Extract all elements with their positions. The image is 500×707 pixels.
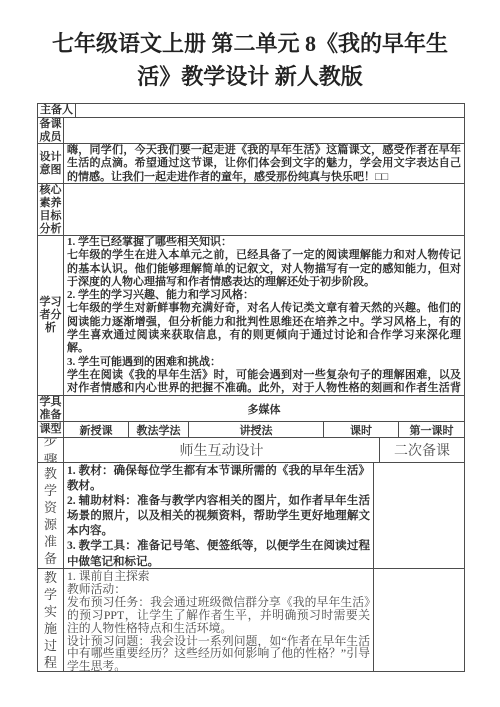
resources-item: 1. 教材：确保每位学生都有本节课所需的《我的早年生活》教材。: [67, 464, 370, 494]
steps-label: 步骤: [38, 438, 64, 463]
process-paragraph: 教师活动：: [67, 583, 370, 596]
table-row-design-intent: 设计意图 嗨，同学们，今天我们要一起走进《我的早年生活》这篇课文，感受作者在早年…: [38, 144, 465, 184]
core-literacy-label: 核心素养目标分析: [38, 184, 64, 236]
interaction-design-label: 师生互动设计: [64, 438, 380, 463]
table-row-tools-prep: 学具准备 多媒体: [38, 396, 465, 422]
table-row-course-info: 课型 新授课 教法学法 讲授法 课时 第一课时: [38, 422, 465, 438]
process-paragraph: 设计预习问题：我会设计一系列问题，如“作者在早年生活中有哪些重要经历？这些经历如…: [67, 635, 370, 672]
process-label: 教学实施过程: [38, 569, 64, 672]
table-row-resources: 教学资源准备 1. 教材：确保每位学生都有本节课所需的《我的早年生活》教材。 2…: [38, 463, 465, 569]
process-paragraph: 发布预习任务：我会通过班级微信群分享《我的早年生活》的预习PPT，让学生了解作者…: [67, 596, 370, 635]
lesson-plan-table: 主备人 备课成员 设计意图 嗨，同学们，今天我们要一起走进《我的早年生活》这篇课…: [37, 103, 465, 672]
resources-item: 3. 教学工具：准备记号笔、便签纸等，以便学生在阅读过程中做笔记和标记。: [67, 539, 370, 569]
table-row-learner-analysis: 学习者分析 1. 学生已经掌握了哪些相关知识： 七年级的学生在进入本单元之前，已…: [38, 236, 465, 396]
resources-label-text: 教学资源准备: [44, 465, 58, 567]
learner-analysis-paragraph: 1. 学生已经掌握了哪些相关知识：: [67, 236, 461, 249]
process-paragraph: 1. 课前自主探索: [67, 570, 370, 583]
resources-second-prep-cell: [374, 463, 465, 569]
process-text: 1. 课前自主探索 教师活动： 发布预习任务：我会通过班级微信群分享《我的早年生…: [64, 569, 374, 672]
design-intent-text: 嗨，同学们，今天我们要一起走进《我的早年生活》这篇课文，感受作者在早年生活的点滴…: [64, 144, 465, 184]
tools-prep-value: 多媒体: [64, 396, 465, 422]
prep-members-value: [64, 118, 465, 144]
learner-analysis-paragraph: 学生在阅读《我的早年生活》时，可能会遇到对一些复杂句子的理解困难，以及对作者情感…: [67, 369, 461, 396]
table-row-core-literacy: 核心素养目标分析: [38, 184, 465, 236]
teaching-method-label: 教法学法: [129, 422, 189, 438]
learner-analysis-paragraph: 3. 学生可能遇到的困难和挑战：: [67, 356, 461, 369]
tools-prep-label: 学具准备: [38, 396, 64, 422]
second-prep-label: 二次备课: [380, 438, 465, 463]
master-teacher-label: 主备人: [38, 104, 76, 118]
prep-members-label: 备课成员: [38, 118, 64, 144]
page-title: 七年级语文上册 第二单元 8《我的早年生活》教学设计 新人教版: [40, 27, 460, 93]
learner-analysis-paragraph: 七年级的学生对新鲜事物充满好奇，对名人传记类文章有着天然的兴趣。他们的阅读能力逐…: [67, 302, 461, 355]
table-row-steps-header: 步骤 师生互动设计 二次备课: [38, 438, 465, 463]
core-literacy-value: [64, 184, 465, 236]
course-type-label: 课型: [38, 422, 64, 438]
resources-item: 2. 辅助材料：准备与教学内容相关的图片，如作者早年生活场景的照片，以及相关的视…: [67, 494, 370, 539]
process-second-prep-cell: [374, 569, 465, 672]
learner-analysis-paragraph: 七年级的学生在进入本单元之前，已经具备了一定的阅读理解能力和对人物传记的基本认识…: [67, 249, 461, 289]
table-row-master-teacher: 主备人: [38, 104, 465, 118]
resources-label: 教学资源准备: [38, 463, 64, 569]
design-intent-label: 设计意图: [38, 144, 64, 184]
learner-analysis-label: 学习者分析: [38, 236, 64, 396]
period-label: 课时: [324, 422, 399, 438]
learner-analysis-paragraph: 2. 学生的学习兴趣、能力和学习风格：: [67, 289, 461, 302]
course-type-value: 新授课: [64, 422, 129, 438]
teaching-method-value: 讲授法: [189, 422, 324, 438]
process-label-text: 教学实施过程: [44, 569, 58, 671]
master-teacher-value: [76, 104, 465, 118]
table-row-prep-members: 备课成员: [38, 118, 465, 144]
period-value: 第一课时: [399, 422, 465, 438]
learner-analysis-text: 1. 学生已经掌握了哪些相关知识： 七年级的学生在进入本单元之前，已经具备了一定…: [64, 236, 465, 396]
table-row-process: 教学实施过程 1. 课前自主探索 教师活动： 发布预习任务：我会通过班级微信群分…: [38, 569, 465, 672]
resources-text: 1. 教材：确保每位学生都有本节课所需的《我的早年生活》教材。 2. 辅助材料：…: [64, 463, 374, 569]
